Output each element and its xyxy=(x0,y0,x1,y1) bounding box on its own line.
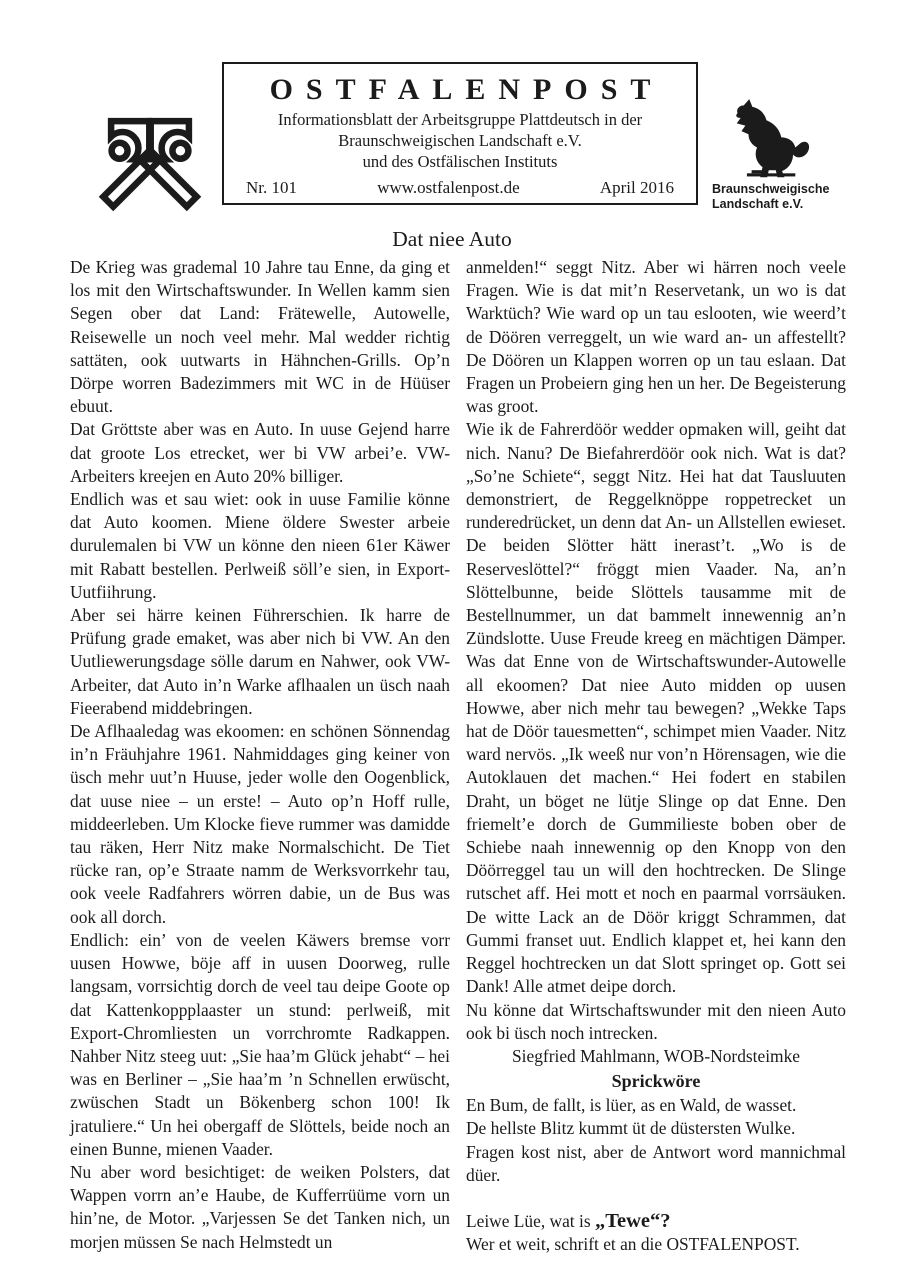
article-title: Dat niee Auto xyxy=(0,227,904,252)
masthead: OSTFALENPOST Informationsblatt der Arbei… xyxy=(222,62,698,205)
paragraph: Wie ik de Fahrerdöör wedder opmaken will… xyxy=(466,418,846,998)
paragraph: Dat Gröttste aber was en Auto. In uuse G… xyxy=(70,418,450,488)
paragraph: De Aflhaaledag was ekoomen: en schönen S… xyxy=(70,720,450,929)
paragraph: Endlich was et sau wiet: ook in uuse Fam… xyxy=(70,488,450,604)
right-column: anmelden!“ seggt Nitz. Aber wi härren no… xyxy=(466,256,846,1256)
issue-date: April 2016 xyxy=(600,178,674,198)
paragraph: De Krieg was grademal 10 Jahre tau Enne,… xyxy=(70,256,450,418)
logo-caption-line1: Braunschweigische xyxy=(712,182,842,197)
proverbs-heading: Sprickwöre xyxy=(466,1068,846,1094)
proverb: En Bum, de fallt, is lüer, as en Wald, d… xyxy=(466,1094,846,1117)
reader-instruction: Wer et weit, schrift et an die OSTFALENP… xyxy=(466,1233,846,1256)
masthead-subtitle-3: und des Ostfälischen Instituts xyxy=(224,151,696,172)
question-prefix: Leiwe Lüe, wat is xyxy=(466,1211,595,1231)
question-term: „Tewe“? xyxy=(595,1210,671,1232)
left-column: De Krieg was grademal 10 Jahre tau Enne,… xyxy=(70,256,450,1256)
masthead-subtitle-2: Braunschweigischen Landschaft e.V. xyxy=(224,130,696,151)
reader-question: Leiwe Lüe, wat is „Tewe“? xyxy=(466,1210,846,1233)
article-byline: Siegfried Mahlmann, WOB-Nordsteimke xyxy=(466,1045,846,1068)
spacer xyxy=(466,1187,846,1210)
issue-number: Nr. 101 xyxy=(246,178,297,198)
logo-caption-line2: Landschaft e.V. xyxy=(712,197,842,212)
crossed-keys-icon xyxy=(85,95,215,225)
newsletter-page: OSTFALENPOST Informationsblatt der Arbei… xyxy=(0,0,904,1280)
paragraph: Endlich: ein’ von de veelen Käwers brems… xyxy=(70,929,450,1161)
proverb: Fragen kost nist, aber de Antwort word m… xyxy=(466,1141,846,1187)
article-body: De Krieg was grademal 10 Jahre tau Enne,… xyxy=(70,256,846,1256)
website-text: www.ostfalenpost.de xyxy=(377,178,519,198)
newsletter-title: OSTFALENPOST xyxy=(224,73,696,107)
paragraph: Nu aber word besichtiget: de weiken Pols… xyxy=(70,1161,450,1254)
paragraph: Nu könne dat Wirtschaftswunder mit den n… xyxy=(466,999,846,1045)
braunschweigische-landschaft-logo: Braunschweigische Landschaft e.V. xyxy=(712,96,842,211)
proverb: De hellste Blitz kummt üt de düstersten … xyxy=(466,1117,846,1140)
saxon-steed-icon xyxy=(716,96,820,178)
paragraph: anmelden!“ seggt Nitz. Aber wi härren no… xyxy=(466,256,846,418)
paragraph: Aber sei härre keinen Führerschien. Ik h… xyxy=(70,604,450,720)
masthead-subtitle-1: Informationsblatt der Arbeitsgruppe Plat… xyxy=(224,109,696,130)
